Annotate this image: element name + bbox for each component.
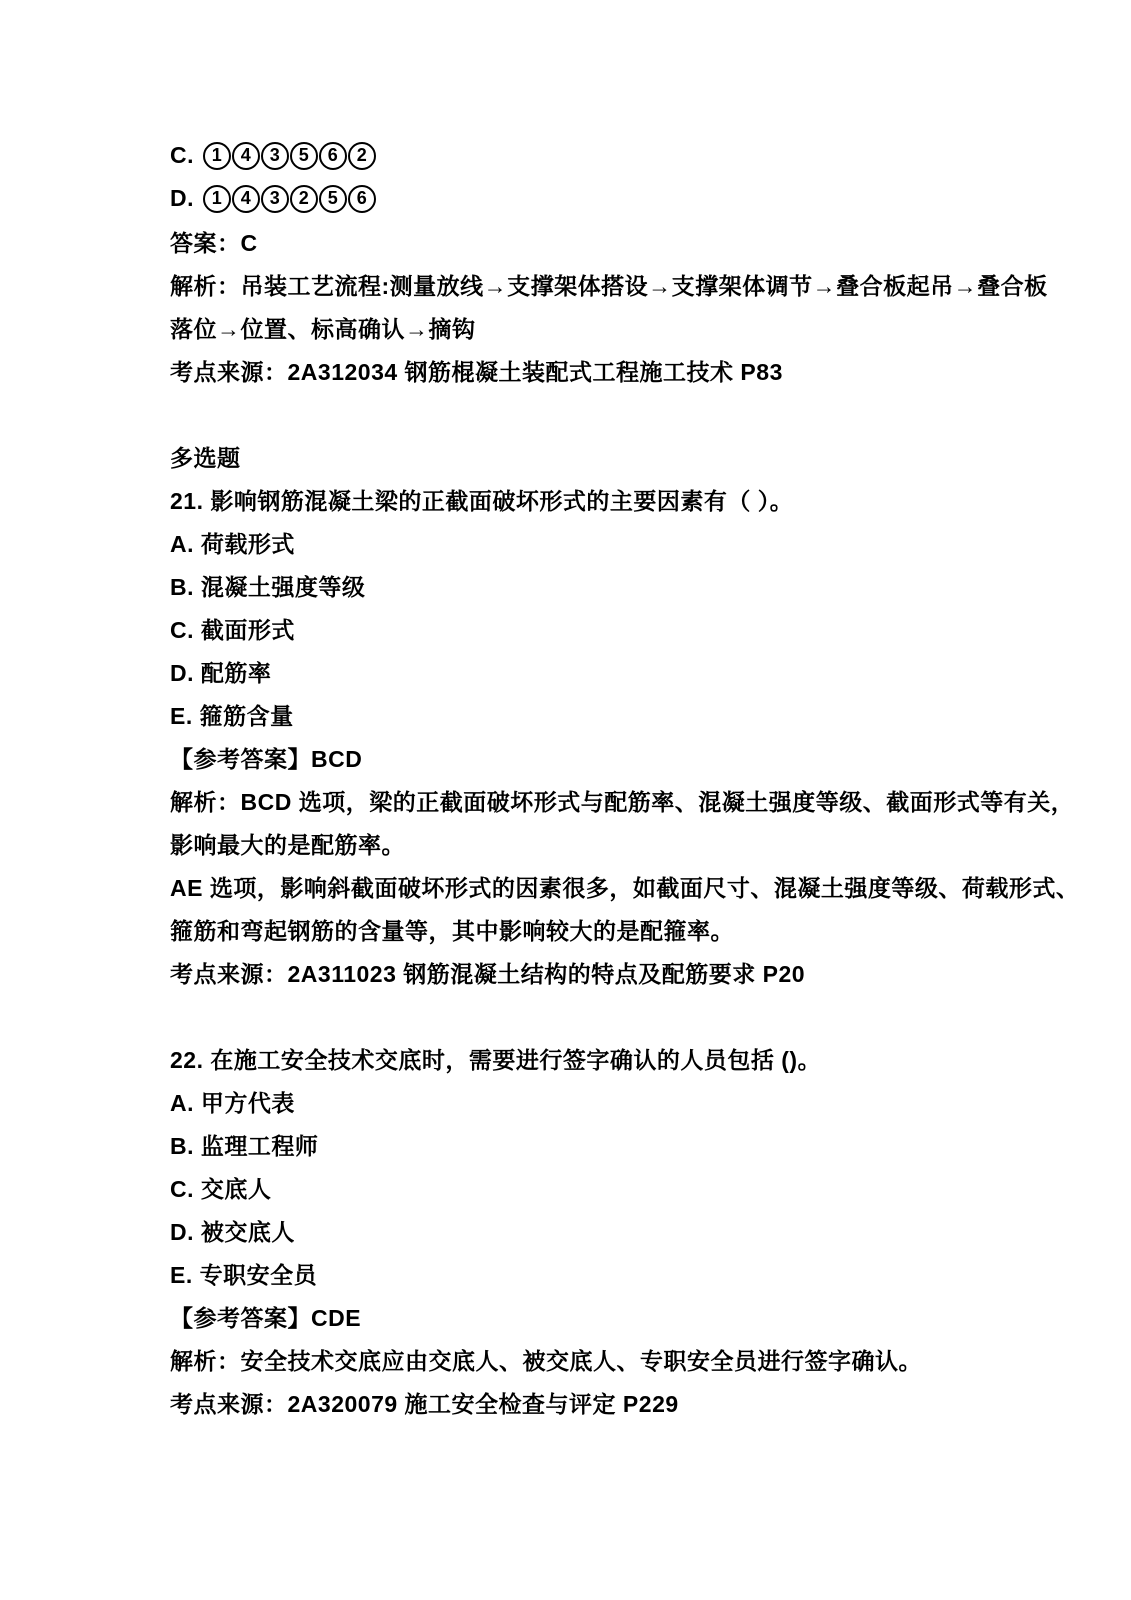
q22-option-c: C. 交底人	[170, 1166, 1000, 1209]
section-header: 多选题	[170, 435, 1000, 478]
q21-analysis-line-4: 箍筋和弯起钢筋的含量等，其中影响较大的是配箍率。	[170, 908, 1000, 951]
q22-option-a: A. 甲方代表	[170, 1080, 1000, 1123]
q21-option-d: D. 配筋率	[170, 650, 1000, 693]
prev-option-d: D. 1 4 3 2 5 6	[170, 177, 1000, 220]
prev-answer: 答案：C	[170, 220, 1000, 263]
spacer	[170, 392, 1000, 435]
prev-analysis-line-2: 落位→位置、标高确认→摘钩	[170, 306, 1000, 349]
q22-option-e: E. 专职安全员	[170, 1252, 1000, 1295]
q21-option-a: A. 荷载形式	[170, 521, 1000, 564]
q22-answer: 【参考答案】CDE	[170, 1295, 1000, 1338]
circled-number-icon: 5	[290, 142, 318, 170]
document-page: C. 1 4 3 5 6 2 D. 1 4 3 2 5 6 答案：C 解析：吊装…	[0, 0, 1131, 1600]
prev-option-c-label: C.	[170, 142, 194, 169]
q21-analysis-line-2: 影响最大的是配筋率。	[170, 822, 1000, 865]
spacer	[170, 994, 1000, 1037]
q22-analysis-line-1: 解析：安全技术交底应由交底人、被交底人、专职安全员进行签字确认。	[170, 1338, 1000, 1381]
q22-option-b: B. 监理工程师	[170, 1123, 1000, 1166]
q21-option-b: B. 混凝土强度等级	[170, 564, 1000, 607]
circled-number-icon: 6	[319, 142, 347, 170]
circled-number-icon: 4	[232, 142, 260, 170]
prev-option-c: C. 1 4 3 5 6 2	[170, 134, 1000, 177]
prev-source: 考点来源：2A312034 钢筋棍凝土装配式工程施工技术 P83	[170, 349, 1000, 392]
prev-option-d-label: D.	[170, 185, 194, 212]
circled-number-icon: 3	[261, 142, 289, 170]
q22-source: 考点来源：2A320079 施工安全检查与评定 P229	[170, 1381, 1000, 1424]
q21-stem: 21. 影响钢筋混凝土梁的正截面破坏形式的主要因素有（ ）。	[170, 478, 1000, 521]
q21-answer: 【参考答案】BCD	[170, 736, 1000, 779]
q21-option-c: C. 截面形式	[170, 607, 1000, 650]
circled-number-icon: 2	[290, 185, 318, 213]
circled-number-icon: 6	[348, 185, 376, 213]
circled-number-icon: 2	[348, 142, 376, 170]
circled-number-icon: 1	[203, 185, 231, 213]
q21-source: 考点来源：2A311023 钢筋混凝土结构的特点及配筋要求 P20	[170, 951, 1000, 994]
q22-option-d: D. 被交底人	[170, 1209, 1000, 1252]
q21-analysis-line-1: 解析：BCD 选项，梁的正截面破坏形式与配筋率、混凝土强度等级、截面形式等有关，	[170, 779, 1000, 822]
circled-number-icon: 4	[232, 185, 260, 213]
circled-number-icon: 1	[203, 142, 231, 170]
q21-option-e: E. 箍筋含量	[170, 693, 1000, 736]
q22-stem: 22. 在施工安全技术交底时，需要进行签字确认的人员包括 ()。	[170, 1037, 1000, 1080]
q21-analysis-line-3: AE 选项，影响斜截面破坏形式的因素很多，如截面尺寸、混凝土强度等级、荷载形式、	[170, 865, 1000, 908]
circled-number-icon: 3	[261, 185, 289, 213]
document-content: C. 1 4 3 5 6 2 D. 1 4 3 2 5 6 答案：C 解析：吊装…	[170, 134, 1000, 1424]
prev-analysis-line-1: 解析：吊装工艺流程:测量放线→支撑架体搭设→支撑架体调节→叠合板起吊→叠合板	[170, 263, 1000, 306]
circled-number-icon: 5	[319, 185, 347, 213]
